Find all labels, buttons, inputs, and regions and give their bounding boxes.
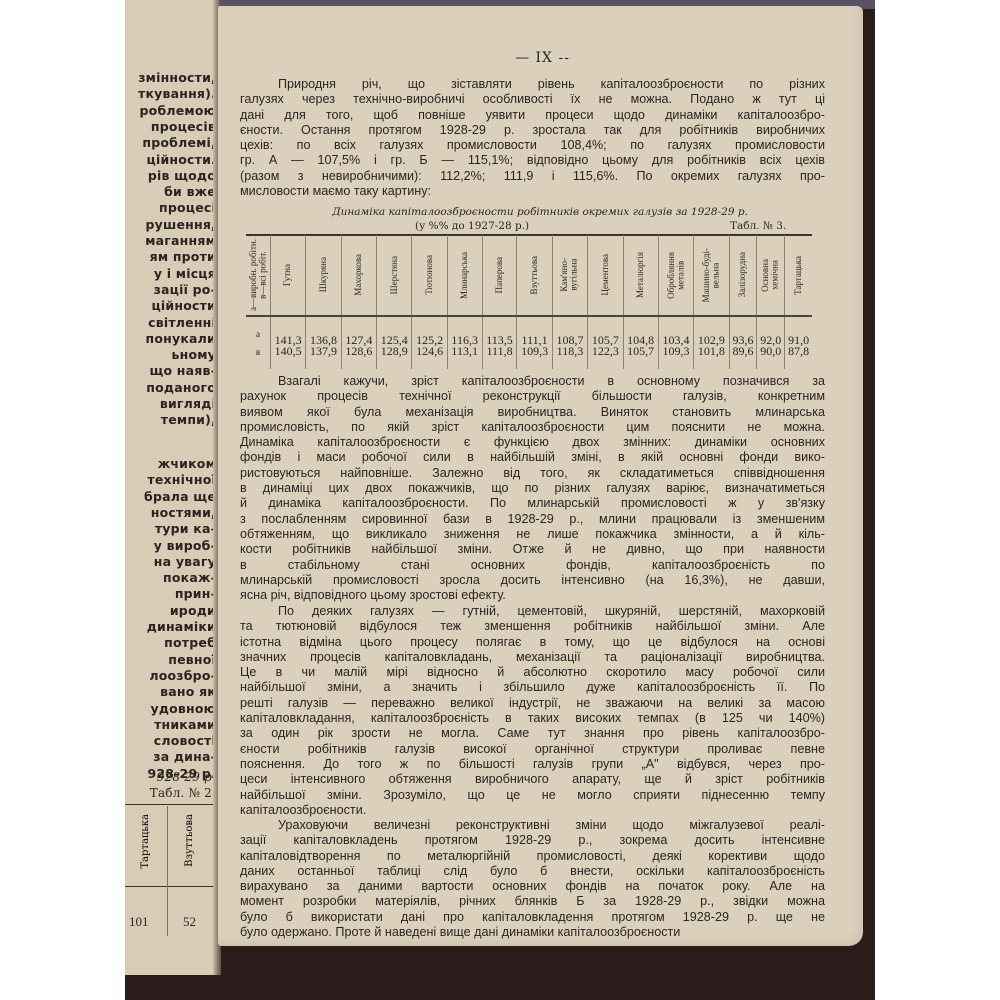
table-cell: 89,6 — [729, 346, 757, 369]
left-page-line: прин- — [175, 586, 216, 601]
table-cell: 118,3 — [552, 346, 587, 369]
table-subcaption: (у %% до 1927-28 р.) — [415, 220, 529, 232]
table-cell: 90,0 — [757, 346, 785, 369]
left-page-line: тниками — [154, 717, 216, 732]
table-cell: 109,3 — [658, 346, 693, 369]
text-line: було б використати дані про капіталовкла… — [240, 910, 825, 925]
table-row: а141,3136,8127,4125,4125,2116,3113,5111,… — [246, 316, 812, 346]
table-cell: 127,4 — [341, 316, 376, 346]
table-cell: 137,9 — [306, 346, 341, 369]
left-page-line: ироди — [170, 603, 216, 618]
column-label: Тартацька — [794, 256, 804, 295]
table-cell: 128,9 — [377, 346, 412, 369]
table-column-header: Гутна — [271, 235, 306, 316]
table-column-header: Шкуряна — [306, 235, 341, 316]
text-line: Природня річ, що зіставляти рівень капіт… — [240, 77, 825, 92]
text-line: в динаміці цих двох покажчиків, що по рі… — [240, 481, 825, 496]
left-page-line: світленні — [148, 315, 216, 330]
text-line: момент розробки матеріялів, річних блянк… — [240, 894, 825, 909]
text-line: найбільшої зміни, а значить і збільшило … — [240, 680, 825, 695]
table-cell: 92,0 — [757, 316, 785, 346]
left-table-header: Тартацька — [141, 814, 151, 869]
page-number: — IX -- — [230, 50, 855, 66]
table-column-header: Основна хемічна — [757, 235, 785, 316]
table-cell: 141,3 — [271, 316, 306, 346]
left-page-line: роблемою — [140, 103, 216, 118]
table-cell: 128,6 — [341, 346, 376, 369]
column-label: Тютюнова — [425, 255, 435, 295]
column-label: Махоркова — [354, 254, 364, 296]
table-cell: 125,4 — [377, 316, 412, 346]
text-line: млинарській промисловості зросла досить … — [240, 573, 825, 588]
text-line: найбільшої зміни. Зрозуміло, що це не мо… — [240, 788, 825, 803]
paragraph-2: Взагалі кажучи, зріст капіталоозброєност… — [240, 374, 825, 603]
table-cell: 109,3 — [517, 346, 552, 369]
text-line: ясна річ, відповідного цьому зростові еф… — [240, 588, 825, 603]
text-line: та тютюновій відбулося теж зменшення роб… — [240, 619, 825, 634]
table-cell: 105,7 — [588, 316, 623, 346]
table-column-header: Взуттьова — [517, 235, 552, 316]
table-cell: 122,3 — [588, 346, 623, 369]
table-cell: 103,4 — [658, 316, 693, 346]
table-cell: 104,8 — [623, 316, 658, 346]
right-page: — IX -- Природня річ, що зіставляти ріве… — [218, 6, 863, 946]
table-cell: 140,5 — [271, 346, 306, 369]
paragraph-4: Ураховуючи величезні реконструктивні змі… — [240, 818, 825, 940]
text-line: капіталовкладання, капіталоозброєність в… — [240, 711, 825, 726]
table-cell: 108,7 — [552, 316, 587, 346]
text-line: з послабленням сировинної бази в 1928-29… — [240, 512, 825, 527]
text-line: рахунок процесів технічної реконструкції… — [240, 389, 825, 404]
column-label: Обробляння металів — [667, 252, 686, 299]
text-line: істотна відміна цього процесу полягає в … — [240, 635, 825, 650]
text-line: кости робітників найбільшої зміни. Отже … — [240, 542, 825, 557]
table-cell: 116,3 — [447, 316, 482, 346]
text-line: й динаміка капіталоозброєности. По млина… — [240, 496, 825, 511]
column-label: Цементова — [601, 254, 611, 295]
column-label: Паперова — [495, 257, 505, 293]
text-line: Динаміка капіталоозброєности є функцією … — [240, 435, 825, 450]
text-line: Взагалі кажучи, зріст капіталоозброєност… — [240, 374, 825, 389]
left-table-caption: 928-29 р. — [157, 770, 216, 785]
left-page-line: динаміки — [147, 619, 216, 634]
table-column-header: Машино-буді- вельна — [694, 235, 729, 316]
table-column-header: Махоркова — [341, 235, 376, 316]
text-line: решті галузів — переважно великої індуст… — [240, 696, 825, 711]
text-line: виявом якої була механізація виробництва… — [240, 405, 825, 420]
left-page-line: поданого — [146, 380, 216, 395]
text-line: галузях через технічно-виробничі особлив… — [240, 92, 825, 107]
table-column-header: Тартацька — [785, 235, 812, 316]
left-page-line: ткування). — [138, 86, 216, 101]
text-line: ристовуються найповніше. Залежно від тог… — [240, 466, 825, 481]
capital-dynamics-table: а—виробн. робітн. в—всі робіт.ГутнаШкуря… — [246, 235, 812, 369]
row-label: в — [246, 346, 271, 369]
table-column-header: Млинарська — [447, 235, 482, 316]
left-table-number: Табл. № 2. — [150, 786, 216, 801]
table-column-header: Залізорудна — [729, 235, 757, 316]
text-line: обтяженням, що викликало зниження не лиш… — [240, 527, 825, 542]
left-page-line: проблемі, — [142, 135, 216, 150]
column-label: Основна хемічна — [761, 259, 780, 292]
text-line: пояснення. До того ж по більшості галузі… — [240, 757, 825, 772]
left-page-line: вигляді — [160, 396, 216, 411]
left-page-line: процесів — [151, 119, 216, 134]
left-page-line: вано як — [160, 684, 216, 699]
left-page-line: ційности. — [147, 152, 217, 167]
text-line: гр. А — 107,5% і гр. Б — 115,1%; відпові… — [240, 153, 825, 168]
left-page-line: технічної — [147, 472, 216, 487]
left-page-line: у і місця — [154, 266, 216, 281]
left-page-line: ційности — [151, 298, 216, 313]
left-page-line: маганням — [145, 233, 216, 248]
table-column-header: Кам'яно- вугільна — [552, 235, 587, 316]
table-cell: 101,8 — [694, 346, 729, 369]
left-table-col-2: Взуттьова — [169, 806, 213, 886]
left-page-line: змінности, — [138, 70, 216, 85]
table-cell: 113,1 — [447, 346, 482, 369]
left-table-value: 101 — [129, 914, 149, 930]
table-column-header: Металюргія — [623, 235, 658, 316]
text-line: зації капіталовкладень протягом 1928-29 … — [240, 833, 825, 848]
column-label: Кам'яно- вугільна — [560, 258, 579, 292]
paragraph-3: По деяких галузях — гутній, цементовій, … — [240, 604, 825, 818]
book-photo: змінности,ткування).роблемоюпроцесівпроб… — [125, 0, 875, 1000]
text-line: цеси інтенсивного обтяження виробничого … — [240, 772, 825, 787]
text-line: капіталоозброєности. — [240, 803, 825, 818]
left-page-line: словості — [154, 733, 216, 748]
text-line: (разом з невиробничими): 112,2%; 111,9 і… — [240, 169, 825, 184]
text-line: даних останньої таблиці слід було б внес… — [240, 864, 825, 879]
left-page-line: ностями, — [151, 505, 216, 520]
text-line: По деяких галузях — гутній, цементовій, … — [240, 604, 825, 619]
left-page-line: темпи), — [161, 412, 216, 427]
text-line: було одержано. Проте й наведені вище дан… — [240, 925, 825, 940]
left-page: змінности,ткування).роблемоюпроцесівпроб… — [125, 0, 220, 975]
table-row: в140,5137,9128,6128,9124,6113,1111,8109,… — [246, 346, 812, 369]
paragraph-1: Природня річ, що зіставляти рівень капіт… — [240, 77, 825, 199]
text-line: Ураховуючи величезні реконструктивні змі… — [240, 818, 825, 833]
column-label: Залізорудна — [738, 252, 748, 297]
left-page-line: лоозбро- — [149, 668, 216, 683]
table-cell: 125,2 — [412, 316, 447, 346]
table-column-header: Паперова — [482, 235, 517, 316]
left-page-line: покаж- — [163, 570, 216, 585]
left-page-line: за дина- — [153, 749, 216, 764]
left-page-line: процесі — [159, 200, 216, 215]
left-page-line: би вже — [164, 184, 216, 199]
text-line: за один рік зрости не могла. Саме тут зн… — [240, 726, 825, 741]
text-line: єности робітників галузів високої органі… — [240, 742, 825, 757]
left-page-line: певної — [168, 652, 216, 667]
left-page-line: понукали — [146, 331, 216, 346]
left-page-line: ям проти — [150, 249, 216, 264]
left-page-line: жчиком — [158, 456, 216, 471]
column-label: Металюргія — [636, 252, 646, 298]
table-cell: 113,5 — [482, 316, 517, 346]
table-cell: 105,7 — [623, 346, 658, 369]
column-label: Шерстяна — [390, 256, 400, 294]
table-number: Табл. № 3. — [730, 220, 786, 232]
left-table-col-1: Тартацька — [127, 806, 168, 886]
text-line: цехів: по всіх галузях промисловости 108… — [240, 138, 825, 153]
left-page-line: зації ро- — [154, 282, 216, 297]
left-page-line: на увагу — [154, 554, 216, 569]
table-row-header: а—виробн. робітн. в—всі робіт. — [249, 239, 268, 311]
table-cell: 93,6 — [729, 316, 757, 346]
column-label: Гутна — [283, 264, 293, 286]
table-cell: 111,8 — [482, 346, 517, 369]
left-page-line: що наяв- — [149, 363, 216, 378]
table-caption: Динаміка капіталоозброєности робітників … — [270, 206, 810, 218]
left-page-line: брала ще — [144, 489, 216, 504]
table-column-header: Цементова — [588, 235, 623, 316]
table-cell: 124,6 — [412, 346, 447, 369]
column-label: Млинарська — [460, 252, 470, 299]
left-page-line: тури ка- — [155, 521, 216, 536]
left-table-value: 52 — [183, 914, 196, 930]
text-line: значних процесів капіталовкладань, механ… — [240, 650, 825, 665]
text-line: фондів і маси робочої сили в найбільшій … — [240, 450, 825, 465]
column-label: Шкуряна — [319, 257, 329, 292]
left-page-line: удовною — [150, 701, 216, 716]
row-label: а — [246, 316, 271, 346]
table-cell: 91,0 — [785, 316, 812, 346]
column-label: Взуттьова — [530, 256, 540, 294]
table-column-header: Обробляння металів — [658, 235, 693, 316]
text-line: вирахувано за даними вартости основних ф… — [240, 879, 825, 894]
table-cell: 87,8 — [785, 346, 812, 369]
text-line: Це в чи малій мірі відносно й абсолютно … — [240, 665, 825, 680]
table-cell: 136,8 — [306, 316, 341, 346]
left-page-line: ьному — [172, 347, 217, 362]
table-cell: 102,9 — [694, 316, 729, 346]
table-cell: 111,1 — [517, 316, 552, 346]
left-page-line: у вироб- — [154, 538, 216, 553]
text-line: промисловість, по якій зріст капіталоозб… — [240, 420, 825, 435]
left-table-header: Взуттьова — [185, 814, 195, 867]
left-page-line: рів щодо — [148, 168, 216, 183]
text-line: в стабільному стані основних фондів, кап… — [240, 558, 825, 573]
left-page-line: рушення, — [146, 217, 217, 232]
text-line: дані для того, щоб повніше уявити процес… — [240, 108, 825, 123]
text-line: капіталовідтворення по металюргійній про… — [240, 849, 825, 864]
table-column-header: Шерстяна — [377, 235, 412, 316]
table-column-header: Тютюнова — [412, 235, 447, 316]
column-label: Машино-буді- вельна — [702, 248, 721, 302]
left-page-line: потреб — [164, 635, 216, 650]
text-line: мисловости маємо таку картину: — [240, 184, 825, 199]
text-line: єности. Остання протягом 1928-29 р. зрос… — [240, 123, 825, 138]
